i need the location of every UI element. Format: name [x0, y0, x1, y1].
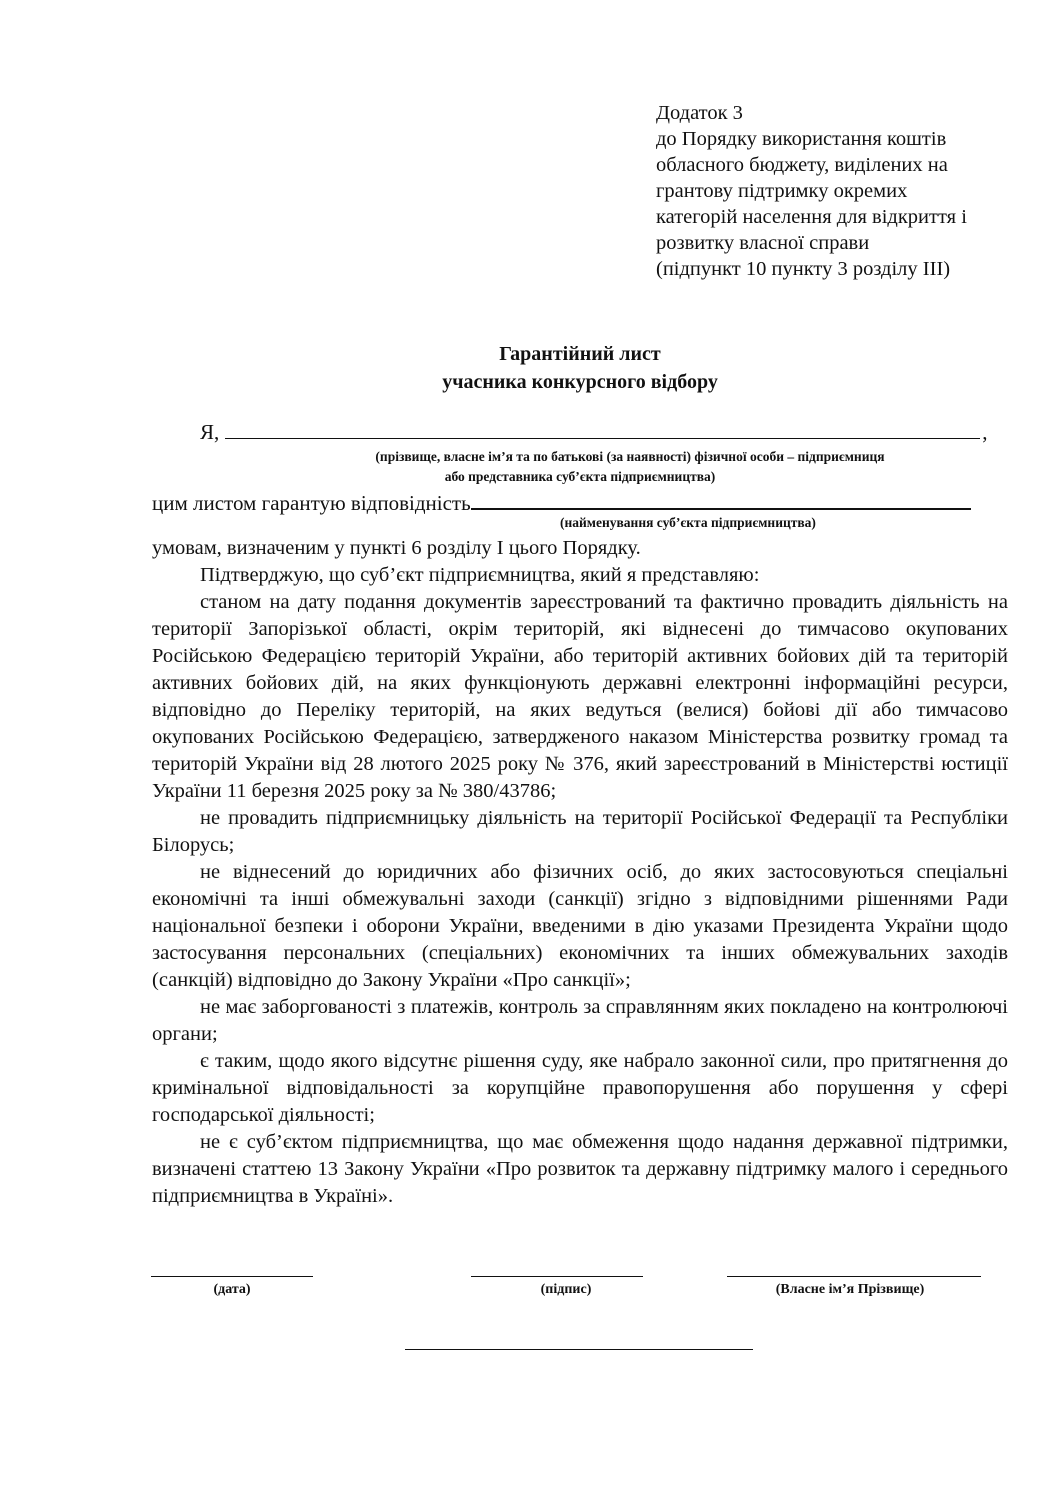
body-paragraph: не має заборгованості з платежів, контро…	[152, 994, 1008, 1048]
body-paragraph: станом на дату подання документів зареєс…	[152, 589, 1008, 805]
annex-header: Додаток 3 до Порядку використання коштів…	[656, 100, 1036, 282]
signature-label: (підпис)	[471, 1282, 661, 1298]
entity-name-field[interactable]	[471, 490, 971, 510]
guarantee-line: цим листом гарантую відповідність	[152, 490, 971, 516]
full-name-field[interactable]	[727, 1276, 981, 1277]
annex-line: обласного бюджету, виділених на	[656, 152, 1036, 178]
applicant-hint: (прізвище, власне ім’я та по батькові (з…	[140, 449, 1058, 465]
annex-line: грантову підтримку окремих	[656, 178, 1036, 204]
document-subtitle: учасника конкурсного відбору	[0, 367, 1058, 397]
document-page: Додаток 3 до Порядку використання коштів…	[0, 0, 1058, 1497]
applicant-name-line: Я,,	[200, 420, 988, 445]
annex-line: (підпункт 10 пункту 3 розділу ІІІ)	[656, 256, 1036, 282]
applicant-name-field[interactable]	[225, 420, 980, 439]
date-label: (дата)	[151, 1282, 313, 1298]
entity-name-hint: (найменування суб’єкта підприємництва)	[560, 515, 900, 531]
body-text: умовам, визначеним у пункті 6 розділу І …	[152, 535, 1008, 1210]
annex-line: до Порядку використання коштів	[656, 126, 1036, 152]
annex-line: розвитку власної справи	[656, 230, 1036, 256]
document-title: Гарантійний лист	[0, 339, 1058, 369]
body-paragraph: Підтверджую, що суб’єкт підприємництва, …	[152, 562, 1008, 589]
body-paragraph: не провадить підприємницьку діяльність н…	[152, 805, 1008, 859]
body-paragraph: не віднесений до юридичних або фізичних …	[152, 859, 1008, 994]
applicant-prefix: Я,	[200, 420, 219, 444]
date-field[interactable]	[151, 1276, 313, 1277]
body-paragraph: не є суб’єктом підприємництва, що має об…	[152, 1129, 1008, 1210]
bottom-blank-line[interactable]	[405, 1349, 753, 1350]
annex-line: Додаток 3	[656, 100, 1036, 126]
applicant-suffix: ,	[982, 420, 987, 444]
full-name-label: (Власне ім’я Прізвище)	[727, 1282, 973, 1298]
guarantee-text: цим листом гарантую відповідність	[152, 491, 471, 515]
signature-field[interactable]	[471, 1276, 643, 1277]
body-paragraph: умовам, визначеним у пункті 6 розділу І …	[152, 535, 1008, 562]
body-paragraph: є таким, щодо якого відсутнє рішення суд…	[152, 1048, 1008, 1129]
applicant-hint-continued: або представника суб’єкта підприємництва…	[140, 469, 1020, 485]
annex-line: категорій населення для відкриття і	[656, 204, 1036, 230]
